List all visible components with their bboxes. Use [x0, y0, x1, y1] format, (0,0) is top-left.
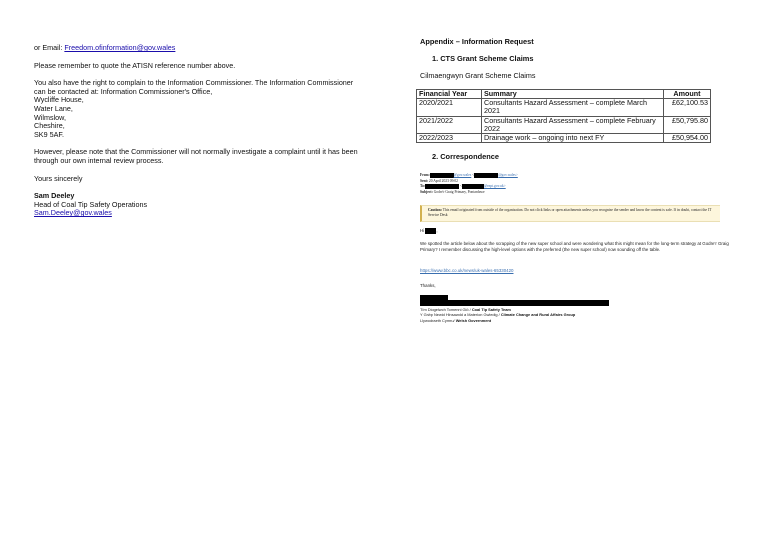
appendix-heading: Appendix – Information Request — [420, 37, 534, 46]
right-page: Appendix – Information Request 1. CTS Gr… — [384, 0, 768, 545]
email-body: We spotted the article below about the s… — [420, 241, 730, 252]
section-1-heading: 1. CTS Grant Scheme Claims — [432, 54, 533, 63]
cell-year: 2022/2023 — [417, 134, 482, 143]
redaction — [425, 228, 436, 234]
letter-body: or Email: Freedom.ofinformation@gov.wale… — [34, 44, 364, 218]
table-row: 2020/2021 Consultants Hazard Assessment … — [417, 99, 711, 116]
cell-year: 2020/2021 — [417, 99, 482, 116]
email-thanks: Thanks, — [420, 283, 730, 289]
complaint-block: You also have the right to complain to t… — [34, 79, 364, 139]
signature-block: Sam Deeley Head of Coal Tip Safety Opera… — [34, 192, 364, 218]
signatory-email-link[interactable]: Sam.Deeley@gov.wales — [34, 208, 112, 217]
closing: Yours sincerely — [34, 175, 364, 184]
caution-banner: Caution: This email originated from outs… — [420, 205, 720, 222]
cell-summary: Consultants Hazard Assessment – complete… — [482, 116, 664, 133]
email-subject-row: Subject: Godre'r Graig Primary, Pontarda… — [420, 190, 730, 196]
claims-table: Financial Year Summary Amount 2020/2021 … — [416, 89, 711, 143]
foi-email-link[interactable]: Freedom.ofinformation@gov.wales — [64, 43, 175, 52]
email-greeting: Hi , — [420, 228, 730, 234]
table-caption: Cilmaengwyn Grant Scheme Claims — [420, 71, 535, 80]
email-signature: Tîm Diogelwch Tomenni Glô / Coal Tip Saf… — [420, 307, 670, 323]
reminder-text: Please remember to quote the ATISN refer… — [34, 62, 364, 71]
from-email-link-2[interactable]: @gov.wales> — [498, 173, 518, 178]
table-row: 2021/2022 Consultants Hazard Assessment … — [417, 116, 711, 133]
email-line: or Email: Freedom.ofinformation@gov.wale… — [34, 44, 364, 53]
redaction — [425, 184, 459, 189]
redaction — [430, 173, 454, 178]
table-row: 2022/2023 Drainage work – ongoing into n… — [417, 134, 711, 143]
bbc-article-link[interactable]: https://www.bbc.co.uk/news/uk-wales-6533… — [420, 268, 513, 273]
redaction — [462, 184, 484, 189]
redaction — [420, 300, 609, 306]
cell-amount: £50,954.00 — [664, 134, 711, 143]
cell-amount: £62,100.53 — [664, 99, 711, 116]
from-email-link[interactable]: @gov.wales — [454, 173, 472, 178]
cell-summary: Consultants Hazard Assessment – complete… — [482, 99, 664, 116]
left-page: or Email: Freedom.ofinformation@gov.wale… — [0, 0, 384, 545]
redaction — [474, 173, 498, 178]
sig-line-gov: Llywodraeth Cymru/ Welsh Government — [420, 318, 670, 323]
cell-summary: Drainage work – ongoing into next FY — [482, 134, 664, 143]
cell-year: 2021/2022 — [417, 116, 482, 133]
cell-amount: £50,795.80 — [664, 116, 711, 133]
email-header: From: @gov.wales < @gov.wales> Sent: 20 … — [420, 173, 730, 195]
complaint-text: You also have the right to complain to t… — [34, 79, 364, 96]
email-article-link: https://www.bbc.co.uk/news/uk-wales-6533… — [420, 268, 730, 274]
to-email-link[interactable]: @rnpt.gov.uk> — [484, 184, 506, 189]
section-2-heading: 2. Correspondence — [432, 152, 499, 161]
review-note: However, please note that the Commission… — [34, 148, 364, 165]
ico-address: Wycliffe House, Water Lane, Wilmslow, Ch… — [34, 96, 364, 139]
